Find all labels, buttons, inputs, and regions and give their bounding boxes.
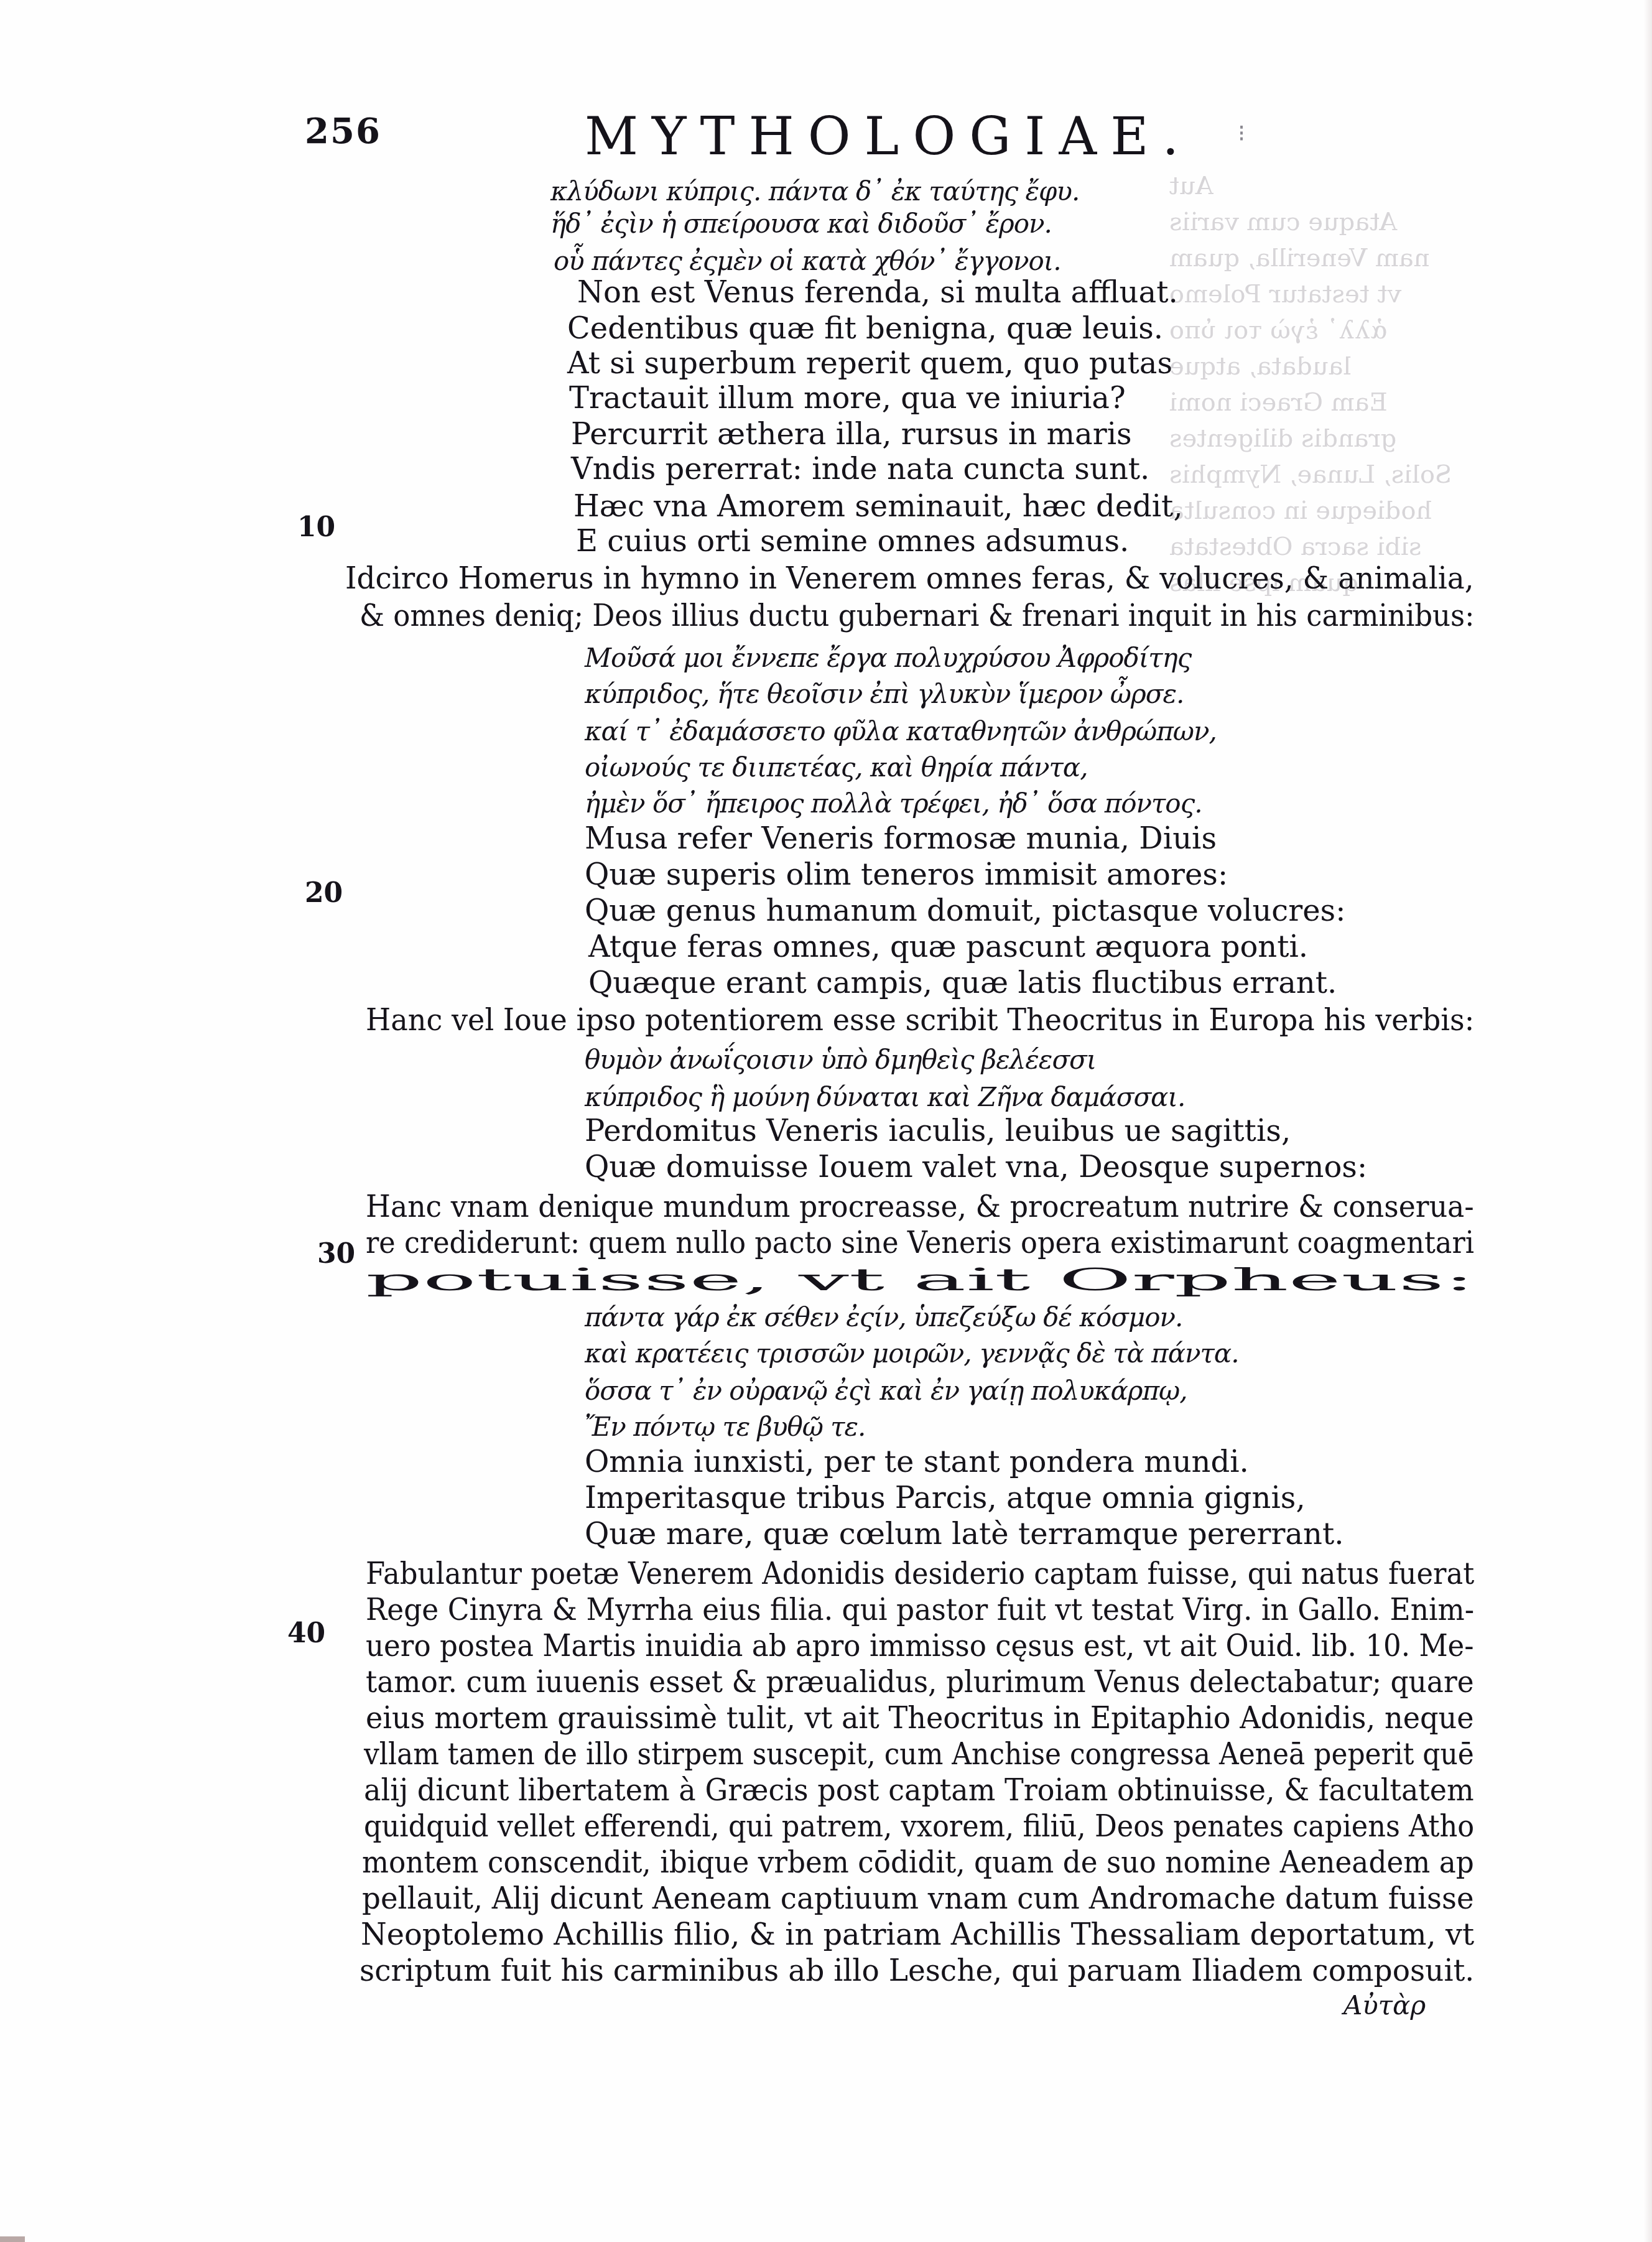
- ornament-icon: ⁝: [1238, 119, 1245, 147]
- prose-line: Idcirco Homerus in hymno in Venerem omne…: [345, 561, 1474, 596]
- margin-line-number: 20: [305, 877, 343, 909]
- latin-verse-line: Quæ mare, quæ cœlum latè terramque perer…: [585, 1517, 1343, 1551]
- prose-line: montem conscendit, ibique vrbem cōdidit,…: [362, 1845, 1474, 1880]
- prose-line: pellauit, Alij dicunt Aeneam captiuum vn…: [362, 1881, 1474, 1916]
- greek-verse-line: Μοῦσά μοι ἔννεπε ἔργα πολυχρύσου Ἀφροδίτ…: [585, 641, 1191, 676]
- greek-verse-line: Ἔν πόντῳ τε βυθῷ τε.: [585, 1410, 865, 1444]
- prose-line: re crediderunt: quem nullo pacto sine Ve…: [366, 1226, 1474, 1260]
- greek-verse-line: θυμὸν ἀνωΐςοισιν ὑπὸ δμηθεὶς βελέεσσι: [585, 1043, 1096, 1077]
- latin-verse-line: Quæ domuisse Iouem valet vna, Deosque su…: [585, 1150, 1367, 1184]
- margin-line-number: 40: [287, 1617, 325, 1649]
- greek-verse-line: ὅσσα τ᾽ ἐν οὐρανῷ ἐςὶ καὶ ἐν γαίῃ πολυκά…: [585, 1374, 1187, 1408]
- greek-verse-line: οἰωνούς τε διιπετέας, καὶ θηρία πάντα,: [585, 750, 1088, 785]
- running-title: MYTHOLOGIAE.: [585, 106, 1192, 167]
- book-page: Aut Ataque cum variis nam Venerilla, qua…: [0, 0, 1652, 2242]
- greek-verse-line: κύπριδος, ἥτε θεοῖσιν ἐπὶ γλυκὺν ἵμερον …: [585, 677, 1184, 712]
- latin-verse-line: Quæque erant campis, quæ latis fluctibus…: [588, 965, 1337, 1000]
- bleed-through-text: Aut Ataque cum variis nam Venerilla, qua…: [1169, 168, 1518, 601]
- greek-verse-line: ἥδ᾽ ἐςὶν ἡ σπείρουσα καὶ διδοῦσ᾽ ἔρον.: [550, 207, 1052, 241]
- latin-verse-line: Musa refer Veneris formosæ munia, Diuis: [585, 821, 1217, 856]
- latin-verse-line: Cedentibus quæ fit benigna, quæ leuis.: [567, 311, 1163, 346]
- margin-line-number: 10: [297, 511, 335, 543]
- greek-verse-line: οὗ πάντες ἐςμὲν οἱ κατὰ χθόν᾽ ἔγγονοι.: [554, 244, 1061, 279]
- prose-line: scriptum fuit his carminibus ab illo Les…: [360, 1953, 1474, 1988]
- latin-verse-line: Imperitasque tribus Parcis, atque omnia …: [585, 1481, 1306, 1515]
- page-header: 256 MYTHOLOGIAE. ⁝: [305, 106, 1275, 168]
- prose-line: Neoptolemo Achillis filio, & in patriam …: [361, 1917, 1474, 1952]
- greek-verse-line: καί τ᾽ ἐδαμάσσετο φῦλα καταθνητῶν ἀνθρώπ…: [585, 714, 1217, 749]
- latin-verse-line: Non est Venus ferenda, si multa affluat.: [577, 275, 1178, 310]
- catchword: Αὐτὰρ: [1343, 1988, 1426, 2023]
- greek-verse-line: κύπριδος ἣ μούνη δύναται καὶ Ζῆνα δαμάσσ…: [585, 1080, 1185, 1115]
- prose-line: Rege Cinyra & Myrrha eius filia. qui pas…: [366, 1593, 1474, 1627]
- margin-line-number: 30: [317, 1238, 355, 1270]
- latin-verse-line: Percurrit æthera illa, rursus in maris: [571, 417, 1132, 452]
- prose-line: vllam tamen de illo stirpem suscepit, cu…: [364, 1737, 1474, 1772]
- latin-verse-line: Quæ superis olim teneros immisit amores:: [585, 857, 1228, 892]
- page-number: 256: [305, 111, 381, 152]
- prose-line: & omnes deniq; Deos illius ductu guberna…: [360, 598, 1474, 633]
- scan-corner-mark: [0, 2236, 25, 2242]
- prose-line: eius mortem grauissimè tulit, vt ait The…: [366, 1701, 1474, 1736]
- latin-verse-line: At si superbum reperit quem, quo putas: [567, 346, 1172, 381]
- latin-verse-line: Vndis pererrat: inde nata cuncta sunt.: [571, 452, 1149, 486]
- greek-verse-line: κλύδωνι κύπρις. πάντα δ᾽ ἐκ ταύτης ἔφυ.: [550, 174, 1079, 209]
- latin-verse-line: E cuius orti semine omnes adsumus.: [576, 524, 1129, 559]
- greek-verse-line: καὶ κρατέεις τρισσῶν μοιρῶν, γεννᾷς δὲ τ…: [585, 1336, 1239, 1371]
- latin-verse-line: Hæc vna Amorem seminauit, hæc dedit,: [573, 489, 1183, 524]
- prose-line: Fabulantur poetæ Venerem Adonidis deside…: [366, 1556, 1474, 1591]
- greek-verse-line: ἠμὲν ὅσ᾽ ἤπειρος πολλὰ τρέφει, ἠδ᾽ ὅσα π…: [585, 786, 1202, 821]
- latin-verse-line: Omnia iunxisti, per te stant pondera mun…: [585, 1444, 1249, 1479]
- prose-line: quidquid vellet efferendi, qui patrem, v…: [364, 1809, 1474, 1844]
- latin-verse-line: Tractauit illum more, qua ve iniuria?: [569, 381, 1126, 416]
- prose-line: potuisse, vt ait Orpheus:: [366, 1263, 1474, 1298]
- prose-line: Hanc vnam denique mundum procreasse, & p…: [366, 1189, 1474, 1224]
- prose-line: alij dicunt libertatem à Græcis post cap…: [364, 1773, 1474, 1808]
- prose-line: tamor. cum iuuenis esset & præualidus, p…: [366, 1665, 1474, 1700]
- prose-line: Hanc vel Ioue ipso potentiorem esse scri…: [366, 1003, 1474, 1038]
- greek-verse-line: πάντα γάρ ἐκ σέθεν ἐςίν, ὑπεζεύξω δέ κόσ…: [585, 1300, 1182, 1335]
- prose-line: uero postea Martis inuidia ab apro immis…: [366, 1629, 1474, 1663]
- page-edge-shadow: [1643, 0, 1652, 2242]
- latin-verse-line: Atque feras omnes, quæ pascunt æquora po…: [588, 929, 1308, 964]
- latin-verse-line: Quæ genus humanum domuit, pictasque volu…: [585, 893, 1345, 928]
- latin-verse-line: Perdomitus Veneris iaculis, leuibus ue s…: [585, 1114, 1291, 1148]
